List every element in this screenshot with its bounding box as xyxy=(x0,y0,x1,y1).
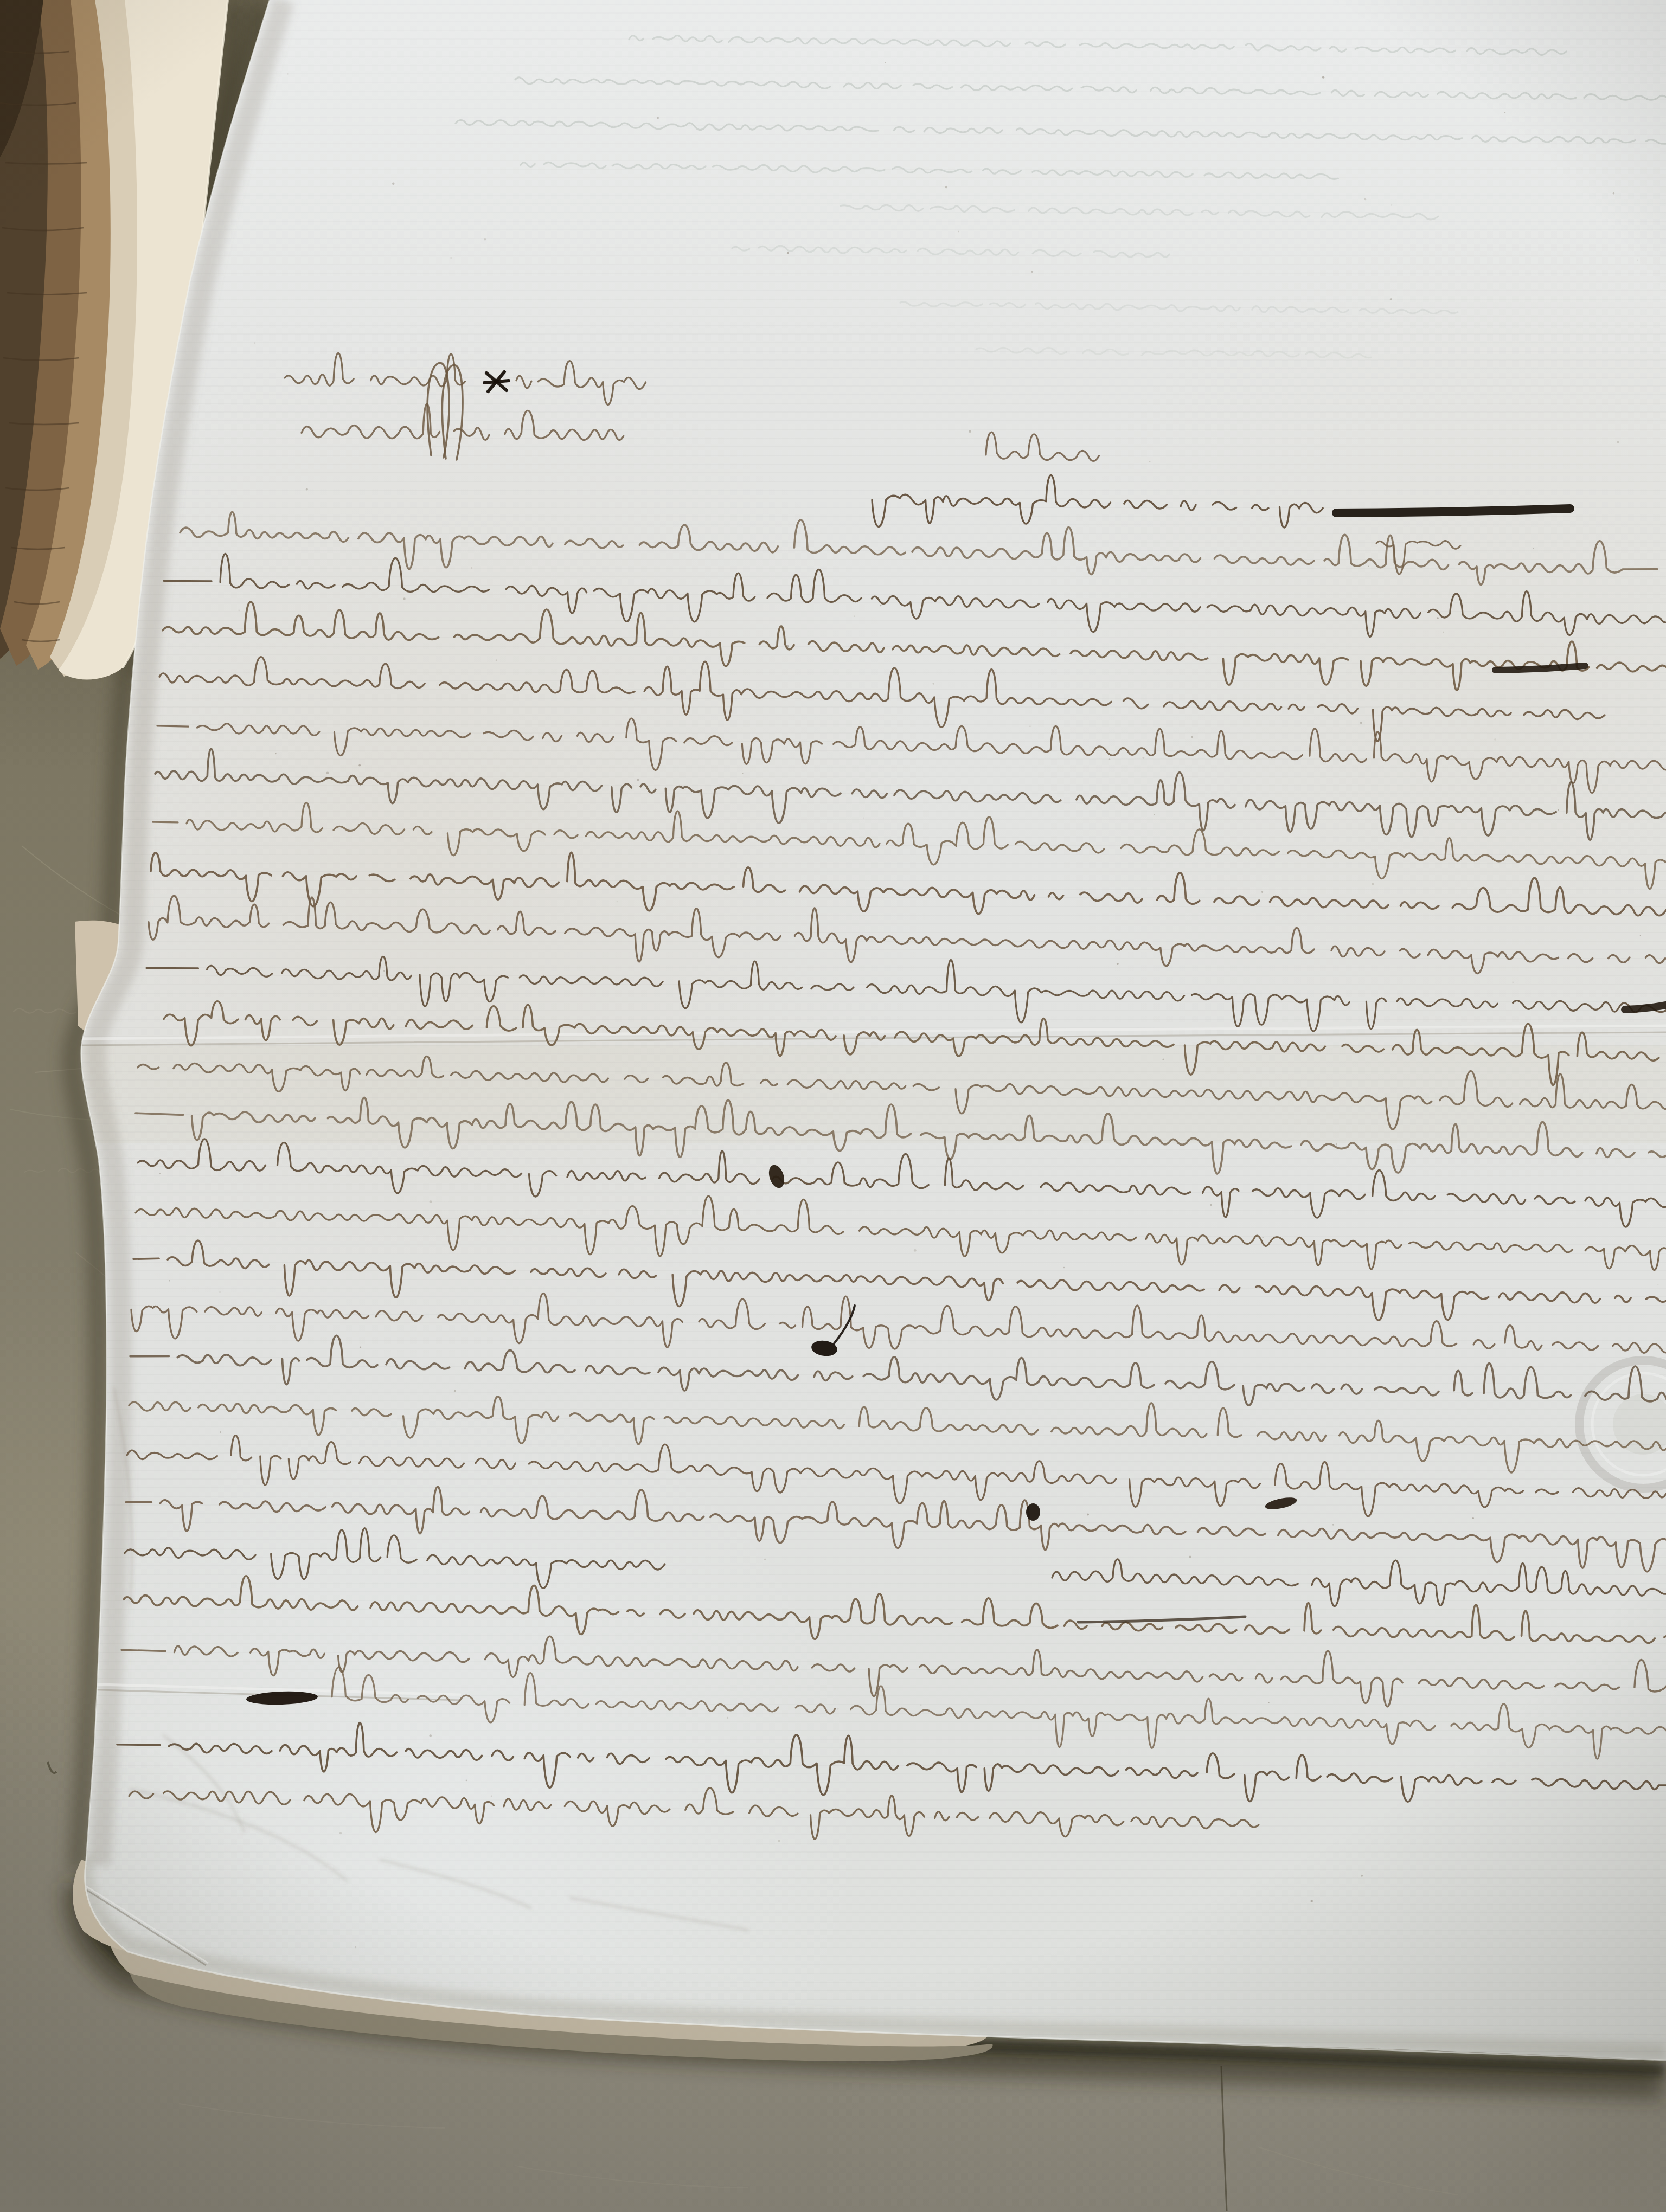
archive-photograph xyxy=(0,0,1666,2212)
photo-vignette xyxy=(0,0,1666,2212)
manuscript-photo-canvas xyxy=(0,0,1666,2212)
manuscript-scene xyxy=(0,0,1666,2212)
